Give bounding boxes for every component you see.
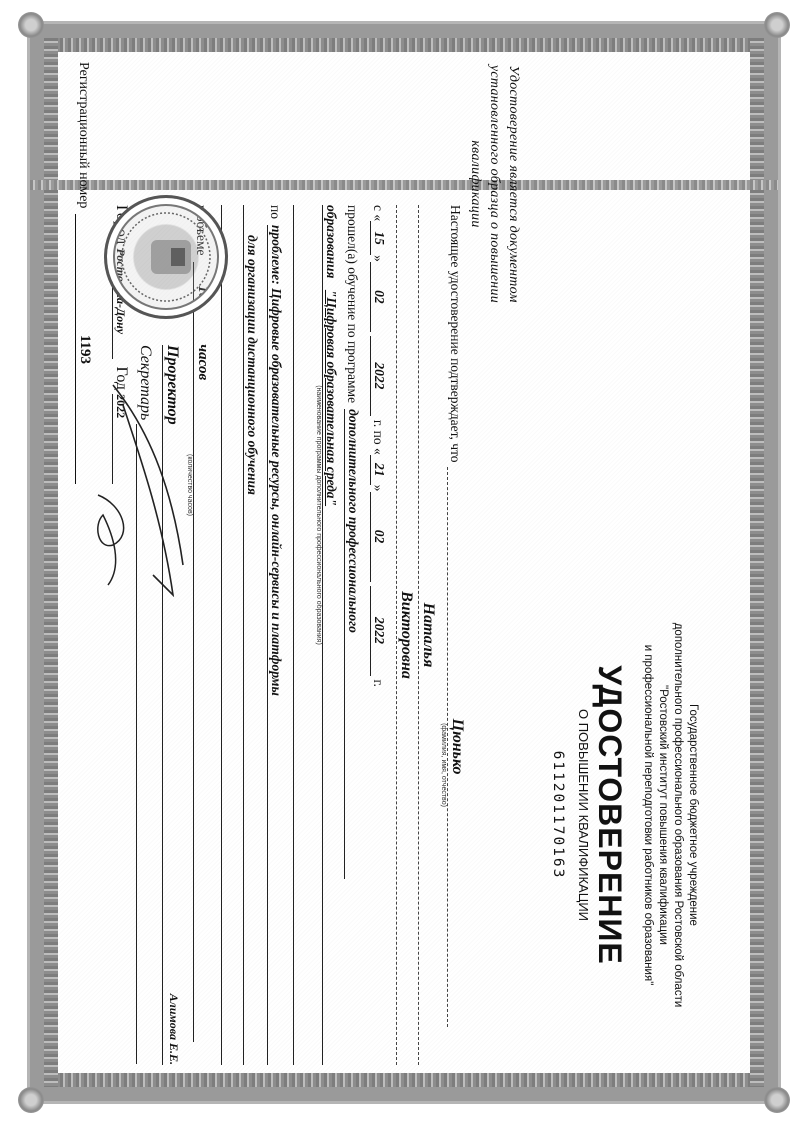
certificate-heading: Государственное бюджетное учреждение доп… xyxy=(550,565,748,1065)
date-to-month: 02 xyxy=(370,492,387,582)
signature-icon xyxy=(83,375,193,635)
border-corner-ornament xyxy=(18,12,44,38)
signatures-block: Проректор Алимова Е.Е. Секретарь Город Р… xyxy=(112,205,188,1065)
date-from-month: 02 xyxy=(370,262,387,332)
training-text: прошел(а) обучение по программе xyxy=(344,205,360,403)
topic-prefix: по xyxy=(267,205,283,219)
blank-line xyxy=(221,205,222,1065)
surname-field: Цюнько xyxy=(447,467,466,1027)
first-name-field: Наталья xyxy=(418,205,437,1065)
prorector-name: Алимова Е.Е. xyxy=(163,994,181,1065)
program-name: "Цифровая образовательная среда" xyxy=(324,290,339,506)
dates-row: с « 15 » 02 2022 г. по « 21 » 02 2022 г. xyxy=(370,205,396,1065)
program-name-field: образования "Цифровая образовательная ср… xyxy=(322,205,339,1065)
certificate-page: Удостоверение является документом устано… xyxy=(0,0,800,1131)
topic-line-1: проблеме: Цифровые образовательные ресур… xyxy=(267,225,284,1065)
certificate-subtitle: О ПОВЫШЕНИИ КВАЛИФИКАЦИИ xyxy=(576,565,591,1065)
date-to-year: 2022 xyxy=(370,586,387,676)
patronymic-field: Викторовна xyxy=(396,205,415,1065)
left-panel: Удостоверение является документом устано… xyxy=(48,52,748,172)
confirm-text: Настоящее удостоверение подтверждает, чт… xyxy=(447,205,463,463)
border-corner-ornament xyxy=(764,1087,790,1113)
program-caption: (наименование программы дополнительного … xyxy=(315,205,322,825)
date-to-suffix: г. xyxy=(370,680,386,687)
institution-header: Государственное бюджетное учреждение доп… xyxy=(640,565,700,1065)
fold-divider xyxy=(30,180,778,190)
quote-mark: » xyxy=(370,485,386,492)
blank-line xyxy=(293,205,294,1065)
quote-mark: » xyxy=(370,255,386,262)
program-type: дополнительного профессионального xyxy=(344,409,361,879)
header-line: и профессиональной переподготовки работн… xyxy=(640,565,655,1065)
header-line: Государственное бюджетное учреждение xyxy=(685,565,700,1065)
official-seal xyxy=(104,195,228,319)
border-corner-ornament xyxy=(764,12,790,38)
date-from-prefix: с « xyxy=(370,205,386,221)
date-from-day: 15 xyxy=(370,221,387,255)
coat-of-arms-icon xyxy=(107,198,225,316)
date-to-day: 21 xyxy=(370,455,387,485)
header-line: "Ростовский институт повышения квалифика… xyxy=(655,565,670,1065)
certificate-number: 611201170163 xyxy=(550,565,566,1065)
date-from-year: 2022 xyxy=(370,336,387,416)
date-to-prefix: г. по « xyxy=(370,420,386,455)
certificate-body: Настоящее удостоверение подтверждает, чт… xyxy=(186,205,473,1065)
main-certificate-panel: Государственное бюджетное учреждение доп… xyxy=(48,205,748,1085)
header-line: дополнительного профессионального образо… xyxy=(670,565,685,1065)
certificate-title: УДОСТОВЕРЕНИЕ xyxy=(591,565,628,1065)
registration-label: Регистрационный номер xyxy=(75,62,91,208)
border-corner-ornament xyxy=(18,1087,44,1113)
program-type-cont: образования xyxy=(324,205,339,278)
hours-field: 18 часов xyxy=(193,262,211,1042)
topic-line-2: для организации дистанционного обучения xyxy=(243,205,260,1065)
fio-caption: (фамилия, имя, отчество) xyxy=(440,485,447,1045)
hours-unit: часов xyxy=(195,344,211,380)
